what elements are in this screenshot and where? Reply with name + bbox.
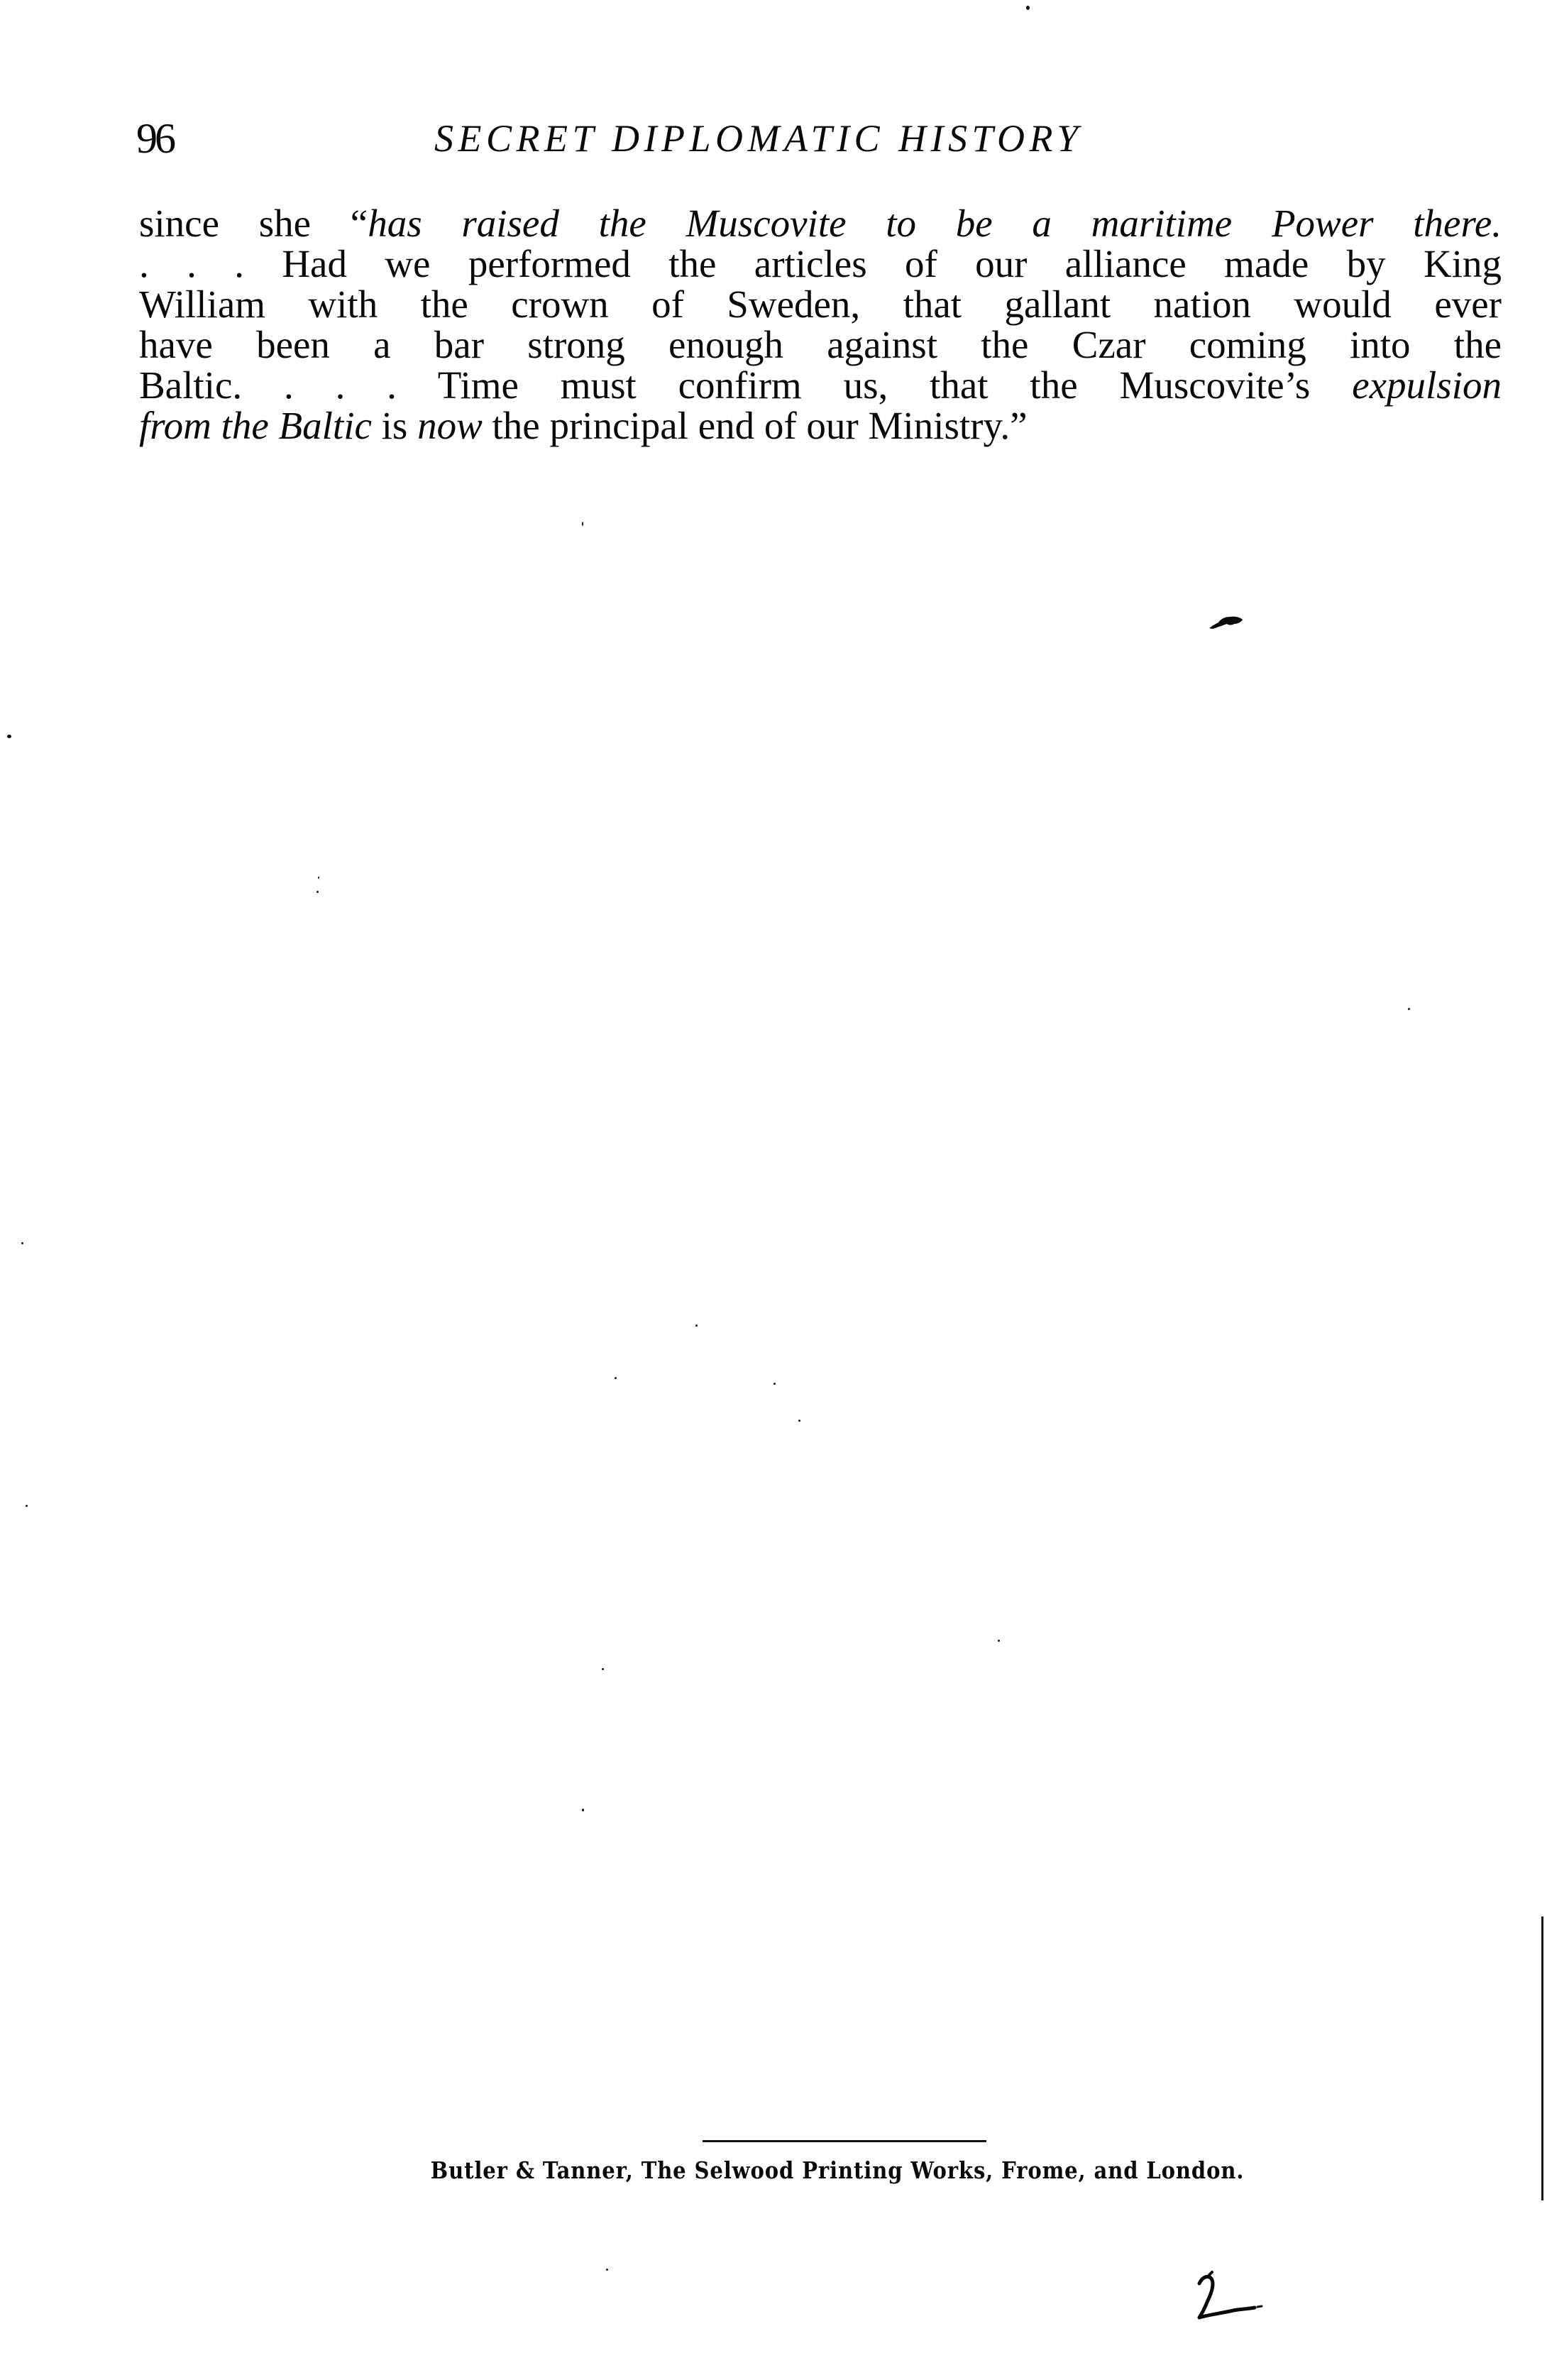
scan-speck	[7, 735, 11, 738]
scan-speck	[773, 1383, 776, 1385]
book-page: 96 SECRET DIPLOMATIC HISTORY since she “…	[0, 0, 1547, 2380]
text-run: since she “	[139, 202, 368, 245]
ink-smudge-icon	[1209, 614, 1244, 630]
text-run: the principal end of our Ministry.”	[483, 404, 1028, 447]
scan-speck	[602, 1668, 604, 1670]
text-line: have been a bar strong enough against th…	[139, 324, 1502, 365]
text-run: Baltic. . . . Time must confirm us, that…	[139, 363, 1352, 407]
running-title: SECRET DIPLOMATIC HISTORY	[434, 114, 1233, 163]
scan-speck	[1408, 1008, 1410, 1010]
printer-imprint: Butler & Tanner, The Selwood Printing Wo…	[101, 2155, 1547, 2186]
scan-speck	[21, 1242, 23, 1244]
page-number: 96	[136, 114, 173, 163]
scan-speck	[1026, 6, 1030, 10]
quoted-italic-text: has raised the Muscovite to be a maritim…	[368, 202, 1502, 245]
scan-speck	[695, 1325, 698, 1327]
text-line: . . . Had we performed the articles of o…	[139, 243, 1502, 284]
text-line: William with the crown of Sweden, that g…	[139, 284, 1502, 324]
handwritten-numeral-icon: 2	[1192, 2268, 1270, 2325]
scan-speck	[615, 1377, 617, 1379]
scan-speck	[26, 1505, 28, 1507]
italic-text: from the Baltic	[139, 404, 372, 447]
body-paragraph: since she “has raised the Muscovite to b…	[139, 203, 1502, 446]
footer-rule	[703, 2140, 986, 2142]
scan-speck	[798, 1420, 800, 1422]
scan-speck	[606, 2269, 608, 2271]
scan-speck	[316, 891, 319, 893]
text-line: from the Baltic is now the principal end…	[139, 405, 1502, 446]
scan-speck	[318, 877, 319, 879]
text-run: is	[372, 404, 417, 447]
italic-text: now	[417, 404, 483, 447]
scan-speck	[582, 522, 583, 526]
text-line: Baltic. . . . Time must confirm us, that…	[139, 365, 1502, 405]
text-line: since she “has raised the Muscovite to b…	[139, 203, 1502, 243]
scan-speck	[582, 1809, 584, 1811]
page-edge-line	[1541, 1916, 1543, 2200]
italic-text: expulsion	[1352, 363, 1502, 407]
scan-speck	[998, 1640, 1000, 1642]
